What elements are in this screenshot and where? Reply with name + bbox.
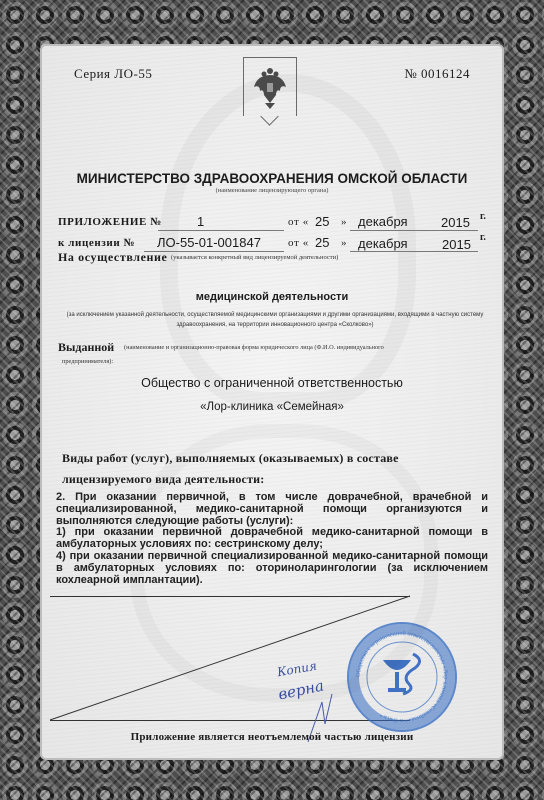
footer-note: Приложение является неотъемлемой частью … (40, 731, 504, 743)
appendix-day: 25 (315, 214, 329, 229)
handwritten-copy-note: Копия (276, 659, 318, 680)
service-item: 2. При оказании первичной, в том числе д… (56, 492, 488, 527)
appendix-from-label: от « (288, 216, 309, 228)
license-from-label: от « (288, 237, 309, 249)
organization-form: Общество с ограниченной ответственностью (40, 376, 504, 390)
appendix-underline (158, 216, 284, 231)
license-day: 25 (315, 235, 329, 250)
appendix-year-suffix: г. (480, 211, 486, 222)
license-label: к лицензии № (58, 237, 135, 249)
ministry-title: МИНИСТЕРСТВО ЗДРАВООХРАНЕНИЯ ОМСКОЙ ОБЛА… (40, 171, 504, 186)
service-item: 1) при оказании первичной доврачебной ме… (56, 527, 488, 551)
license-number: ЛО-55-01-001847 (157, 235, 261, 250)
license-close-quote: » (341, 237, 347, 249)
organization-stamp: Общество с ограниченной ответственностью… (347, 622, 457, 732)
ministry-hint: (наименование лицензирующего органа) (40, 187, 504, 194)
services-list: 2. При оказании первичной, в том числе д… (56, 492, 488, 586)
issued-label: Выданной (58, 340, 114, 355)
handwritten-true-note: верна (277, 676, 326, 703)
appendix-month: декабря (358, 214, 408, 229)
appendix-number: 1 (197, 214, 204, 229)
issued-hint: (наименование и организационно-правовая … (124, 344, 384, 351)
license-year-suffix: г. (480, 232, 486, 243)
license-year: 2015 (442, 237, 471, 252)
license-appendix-page: Серия ЛО-55 № 0016124 МИНИСТЕРСТВО ЗДРАВ… (0, 0, 544, 800)
activity-note: (за исключением указанной деятельности, … (60, 310, 490, 330)
organization-name: «Лор-клиника «Семейная» (40, 401, 504, 413)
service-item: 4) при оказании первичной специализирова… (56, 551, 488, 586)
series-label: Серия ЛО-55 (74, 66, 152, 82)
activity-label: На осуществление (58, 250, 167, 265)
document-number: № 0016124 (404, 66, 470, 82)
activity-hint: (указывается конкретный вид лицензируемо… (171, 254, 338, 261)
bowl-of-hygieia-icon (379, 650, 425, 700)
license-month: декабря (358, 236, 408, 251)
appendix-close-quote: » (341, 216, 347, 228)
works-heading-line2: лицензируемого вида деятельности: (62, 472, 264, 487)
works-heading-line1: Виды работ (услуг), выполняемых (оказыва… (62, 451, 399, 466)
appendix-year: 2015 (441, 215, 470, 230)
issued-hint-continued: предпринимателя): (62, 358, 113, 365)
activity-value: медицинской деятельности (40, 291, 504, 303)
document-body: Серия ЛО-55 № 0016124 МИНИСТЕРСТВО ЗДРАВ… (40, 44, 504, 760)
appendix-label: ПРИЛОЖЕНИЕ № (58, 216, 162, 228)
coat-of-arms-icon (243, 57, 297, 116)
